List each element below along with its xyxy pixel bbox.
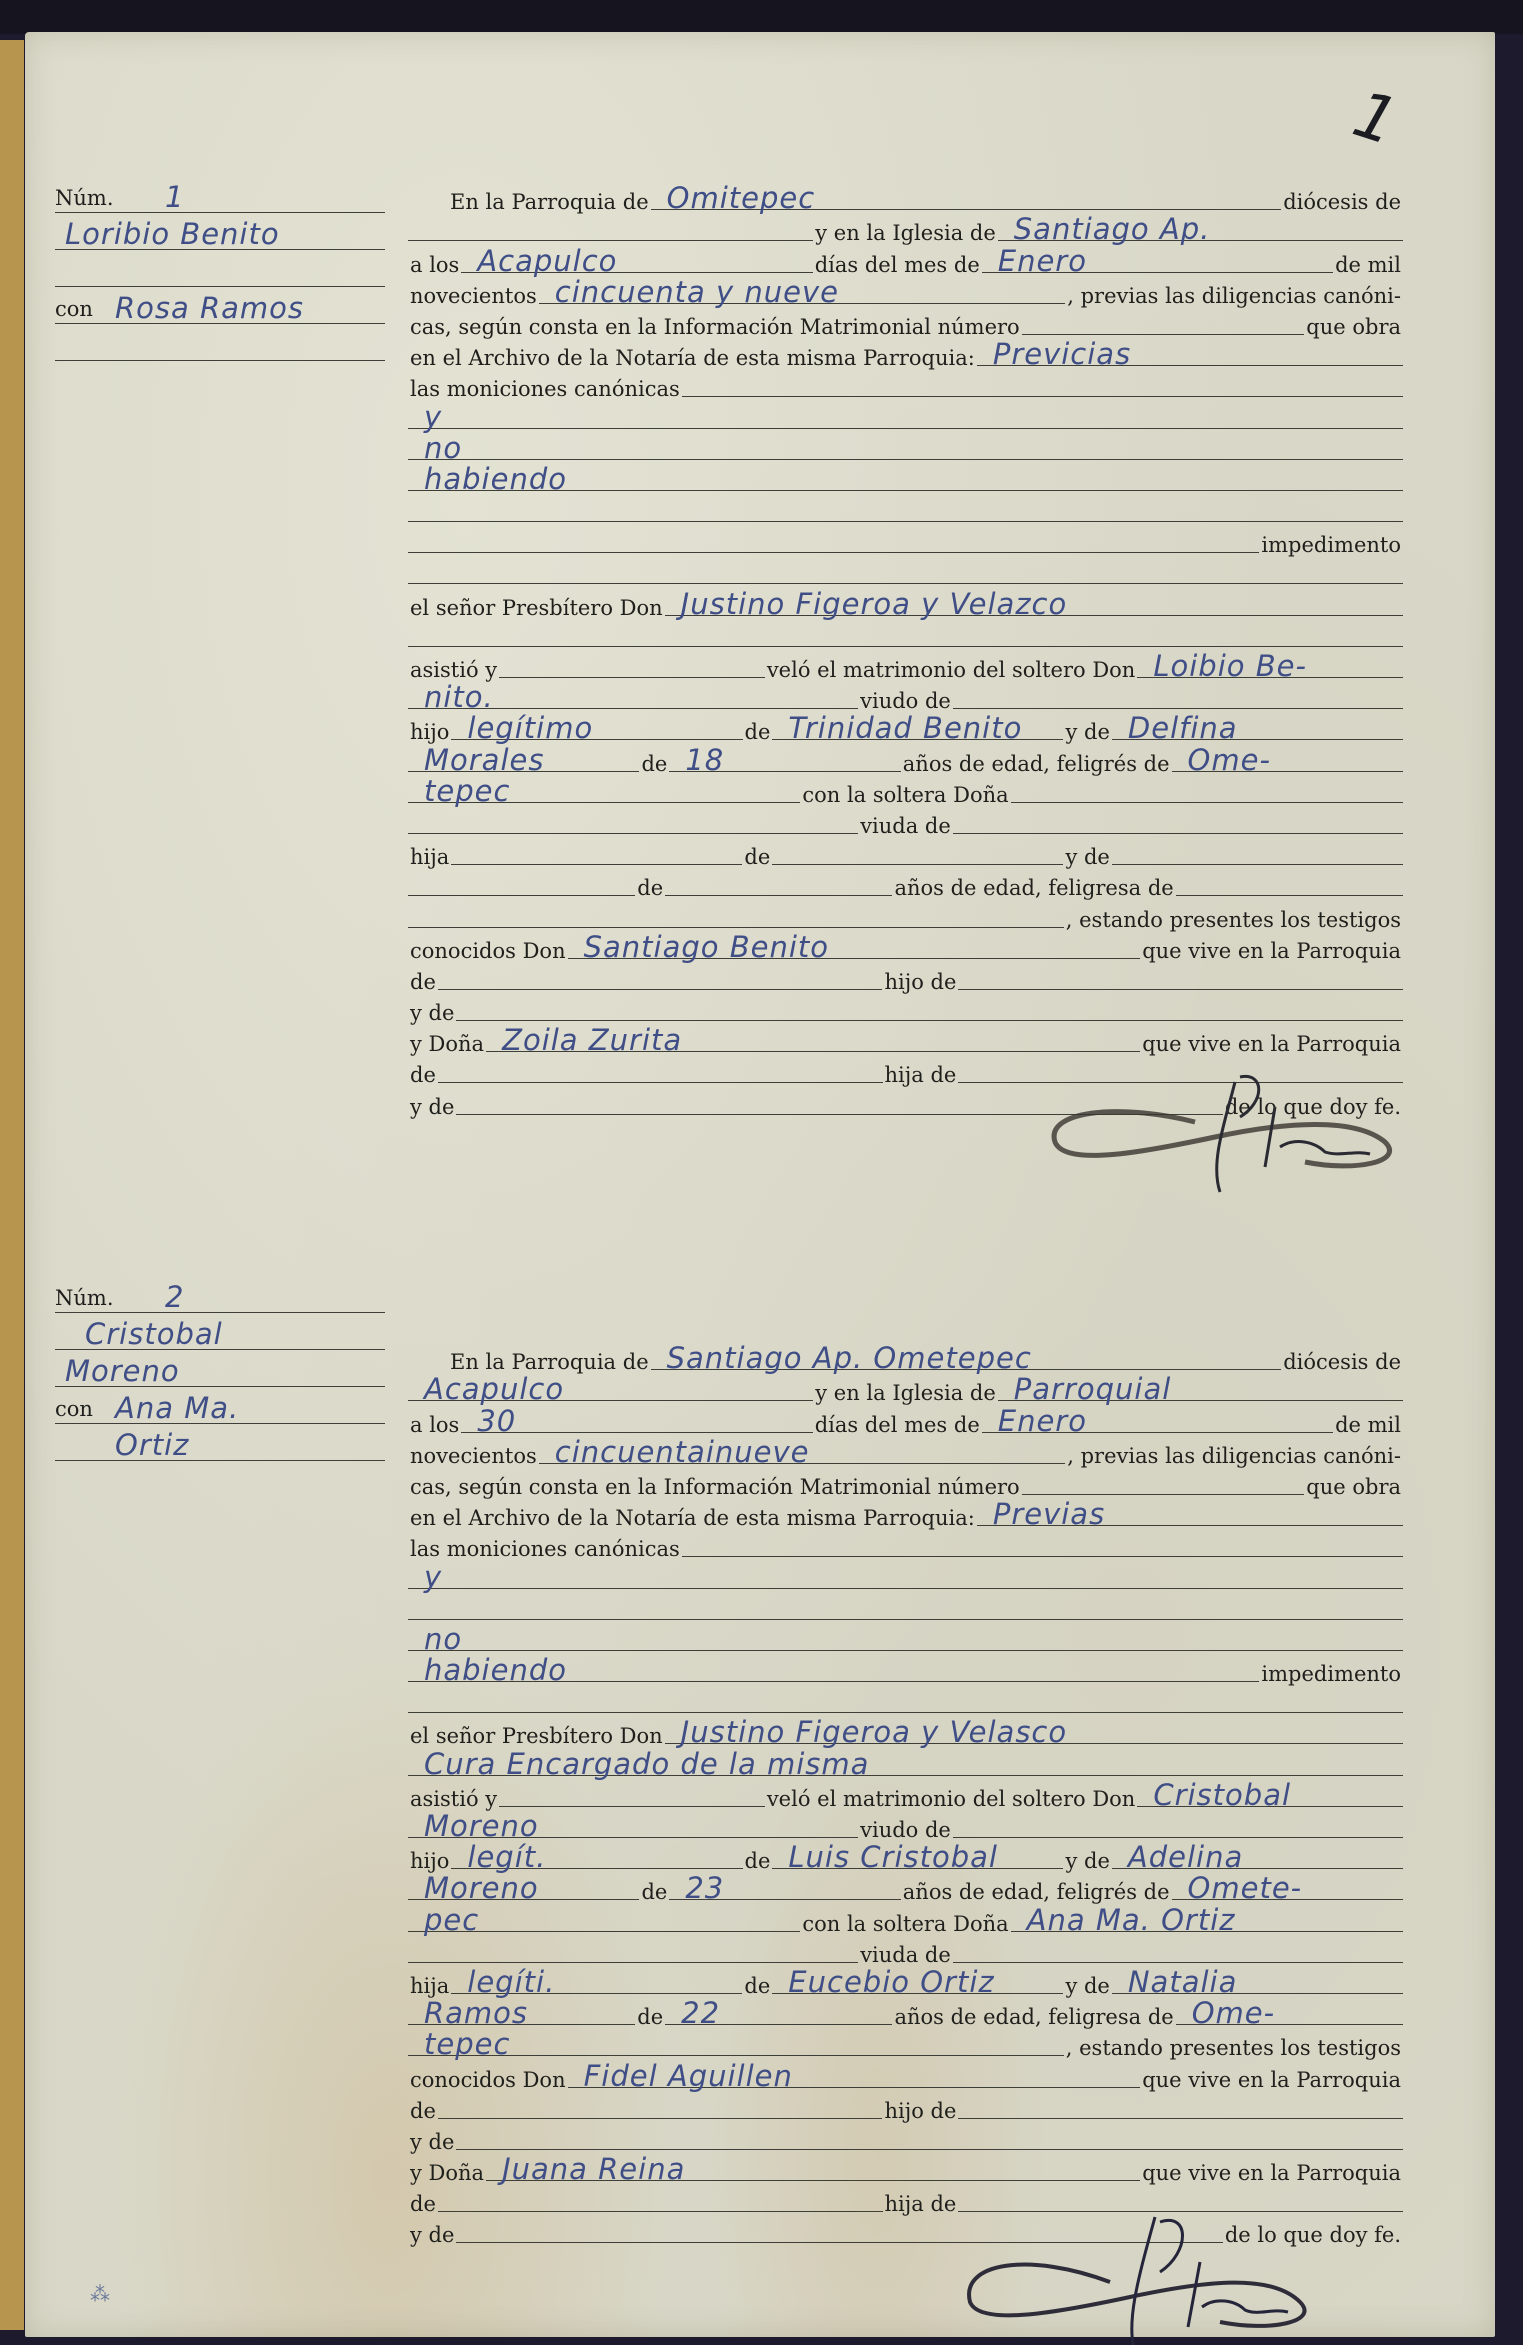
form-field: tepec	[408, 2033, 1064, 2056]
handwritten-entry: Natalia	[1128, 1965, 1238, 1999]
form-field	[408, 1597, 1403, 1620]
form-field	[408, 530, 1259, 553]
printed-label: , estando presentes los testigos	[1064, 909, 1403, 931]
handwritten-entry: Ome-	[1192, 1996, 1275, 2030]
form-field: Enero	[982, 250, 1333, 273]
printed-label: novecientos	[408, 1445, 539, 1467]
record-margin: Núm. 1 Loribio Benito con Rosa Ramos	[55, 182, 385, 367]
handwritten-entry: Justino Figeroa y Velazco	[681, 587, 1068, 621]
form-field	[438, 967, 883, 990]
handwritten-entry: 23	[685, 1871, 724, 1905]
form-field	[665, 873, 892, 896]
form-line: y DoñaZoila Zuritaque vive en la Parroqu…	[408, 1024, 1403, 1055]
handwritten-entry: Previcias	[993, 337, 1131, 371]
form-line: conocidos DonSantiago Benitoque vive en …	[408, 931, 1403, 962]
handwritten-entry: Santiago Ap.	[1014, 212, 1211, 246]
printed-label: de	[408, 971, 438, 993]
printed-label: En la Parroquia de	[448, 191, 651, 213]
form-line: Moralesde18años de edad, feligrés deOme-	[408, 743, 1403, 774]
form-line: hijadey de	[408, 837, 1403, 868]
form-line: cas, según consta en la Información Matr…	[408, 1467, 1403, 1498]
bride-name-cont: Ortiz	[115, 1428, 189, 1462]
handwritten-entry: Juana Reina	[502, 2152, 685, 2186]
printed-label: viudo de	[858, 690, 953, 712]
handwritten-entry: Zoila Zurita	[502, 1023, 682, 1057]
form-line: viuda de	[408, 806, 1403, 837]
form-line: las moniciones canónicas	[408, 369, 1403, 400]
form-line	[408, 1685, 1403, 1716]
printed-label: de mil	[1333, 254, 1403, 276]
form-field: Adelina	[1112, 1846, 1403, 1869]
printed-label: años de edad, feligrés de	[901, 1881, 1172, 1903]
form-field: Juana Reina	[486, 2158, 1140, 2181]
priest-signature	[940, 2212, 1360, 2345]
form-line: hijolegít.deLuis Cristobaly deAdelina	[408, 1841, 1403, 1872]
printed-label: de	[408, 2100, 438, 2122]
form-line: dehijo de	[408, 962, 1403, 993]
form-line: a los30días del mes deEnerode mil	[408, 1404, 1403, 1435]
con-label: con	[55, 1397, 93, 1421]
form-line: Acapulcoy en la Iglesia deParroquial	[408, 1373, 1403, 1404]
printed-label: de	[408, 2193, 438, 2215]
printed-label: viudo de	[858, 1819, 953, 1841]
form-field	[682, 1534, 1403, 1557]
form-field: Zoila Zurita	[486, 1029, 1140, 1052]
form-line: Morenode23años de edad, feligrés deOmete…	[408, 1872, 1403, 1903]
form-field: cincuenta y nueve	[539, 281, 1066, 304]
form-field: Moreno	[408, 1815, 858, 1838]
printed-label: en el Archivo de la Notaría de esta mism…	[408, 1507, 977, 1529]
handwritten-entry: Ramos	[424, 1996, 528, 2030]
form-line: y de	[408, 993, 1403, 1024]
margin-con-line: con Rosa Ramos	[55, 293, 385, 324]
form-line: nito.viudo de	[408, 681, 1403, 712]
form-line: deaños de edad, feligresa de	[408, 868, 1403, 899]
printed-label: hijo de	[882, 2100, 958, 2122]
printed-label: con la soltera Doña	[800, 784, 1010, 806]
printed-label: veló el matrimonio del soltero Don	[765, 659, 1138, 681]
printed-label: novecientos	[408, 285, 539, 307]
handwritten-entry: habiendo	[424, 462, 567, 496]
printed-label: cas, según consta en la Información Matr…	[408, 316, 1022, 338]
margin-extra-line: Ortiz	[55, 1430, 385, 1461]
form-field	[953, 1940, 1403, 1963]
form-field: y	[408, 1566, 1403, 1589]
bride-name: Rosa Ramos	[115, 291, 304, 325]
margin-num-line: Núm. 2	[55, 1282, 385, 1313]
form-line: hijalegíti.deEucebio Ortizy deNatalia	[408, 1966, 1403, 1997]
handwritten-entry: Santiago Ap. Ometepec	[667, 1341, 1032, 1375]
printed-label: de	[742, 1975, 772, 1997]
form-line: , estando presentes los testigos	[408, 899, 1403, 930]
form-field: Omete-	[1172, 1877, 1403, 1900]
handwritten-entry: Ome-	[1188, 743, 1271, 777]
printed-label: hija de	[883, 1064, 959, 1086]
page-number: 1	[1345, 78, 1407, 161]
handwritten-entry: Omete-	[1188, 1871, 1303, 1905]
printed-label: viuda de	[858, 815, 953, 837]
margin-con-line: con Ana Ma.	[55, 1393, 385, 1424]
form-field	[958, 2096, 1403, 2119]
handwritten-entry: Luis Cristobal	[788, 1840, 998, 1874]
form-field	[408, 218, 813, 241]
printed-label: y de	[1063, 1975, 1111, 1997]
form-field	[958, 2189, 1403, 2212]
handwritten-entry: no	[424, 431, 462, 465]
form-line: conocidos DonFidel Aguillenque vive en l…	[408, 2059, 1403, 2090]
printed-label: años de edad, feligrés de	[901, 753, 1172, 775]
printed-label: de	[639, 753, 669, 775]
handwritten-entry: nito.	[424, 680, 494, 714]
printed-label: las moniciones canónicas	[408, 1538, 682, 1560]
form-field: Ome-	[1172, 749, 1403, 772]
printed-label: el señor Presbítero Don	[408, 1725, 665, 1747]
printed-label: a los	[408, 1414, 461, 1436]
record-margin: Núm. 2 Cristobal Moreno con Ana Ma. Orti…	[55, 1282, 385, 1467]
printed-label: a los	[408, 254, 461, 276]
printed-label: y de	[408, 1096, 456, 1118]
printed-label: y en la Iglesia de	[813, 222, 998, 244]
form-field: Acapulco	[461, 250, 812, 273]
form-field	[408, 624, 1403, 647]
handwritten-entry: legítimo	[467, 711, 593, 745]
form-field: Ramos	[408, 2002, 635, 2025]
printed-label: de	[639, 1881, 669, 1903]
printed-label: viuda de	[858, 1944, 953, 1966]
form-field: Justino Figeroa y Velazco	[665, 593, 1403, 616]
pencil-mark: ⁂	[90, 2282, 110, 2306]
printed-label: cas, según consta en la Información Matr…	[408, 1476, 1022, 1498]
handwritten-entry: Adelina	[1128, 1840, 1243, 1874]
handwritten-entry: Loibio Be-	[1153, 649, 1307, 683]
scan-background-top	[0, 0, 1523, 34]
form-line: el señor Presbítero DonJustino Figeroa y…	[408, 1716, 1403, 1747]
form-field: Moreno	[408, 1877, 639, 1900]
form-line: el señor Presbítero DonJustino Figeroa y…	[408, 587, 1403, 618]
handwritten-entry: Moreno	[424, 1871, 539, 1905]
printed-label: de	[635, 2006, 665, 2028]
groom-name: Loribio Benito	[65, 217, 280, 251]
printed-label: diócesis de	[1281, 1351, 1403, 1373]
handwritten-entry: 30	[477, 1404, 516, 1438]
form-field: Parroquial	[998, 1378, 1403, 1401]
form-line	[408, 619, 1403, 650]
form-field: Previcias	[977, 343, 1403, 366]
form-field	[958, 967, 1403, 990]
form-field: Cristobal	[1137, 1784, 1403, 1807]
register-page: 1 Núm. 1 Loribio Benito con Rosa Ramos E…	[25, 32, 1495, 2337]
record-body: En la Parroquia deOmitepecdiócesis dey e…	[408, 182, 1403, 1118]
printed-label: de mil	[1333, 1414, 1403, 1436]
bride-name: Ana Ma.	[115, 1391, 239, 1425]
form-field: nito.	[408, 686, 858, 709]
printed-label: de	[408, 1064, 438, 1086]
form-field	[499, 1784, 765, 1807]
groom-name: Cristobal	[85, 1317, 223, 1351]
form-field: Natalia	[1112, 1971, 1403, 1994]
form-field: legíti.	[451, 1971, 742, 1994]
form-field: Eucebio Ortiz	[772, 1971, 1063, 1994]
handwritten-entry: Morales	[424, 743, 544, 777]
printed-label: hija	[408, 1975, 451, 1997]
priest-signature	[1025, 1062, 1445, 1202]
handwritten-entry: y	[424, 1560, 442, 1594]
printed-label: impedimento	[1259, 534, 1403, 556]
form-line	[408, 1592, 1403, 1623]
form-field: y	[408, 406, 1403, 429]
form-field	[408, 1690, 1403, 1713]
printed-label: y de	[1063, 1850, 1111, 1872]
form-line: habiendoimpedimento	[408, 1654, 1403, 1685]
handwritten-entry: Parroquial	[1014, 1372, 1172, 1406]
form-line	[408, 556, 1403, 587]
record-body: En la Parroquia deSantiago Ap. Ometepecd…	[408, 1342, 1403, 2246]
num-label: Núm.	[55, 186, 114, 210]
printed-label: años de edad, feligresa de	[892, 877, 1175, 899]
handwritten-entry: tepec	[424, 774, 510, 808]
printed-label: días del mes de	[813, 1414, 982, 1436]
margin-name-line: Cristobal	[55, 1319, 385, 1350]
printed-label: y de	[408, 2131, 456, 2153]
form-field: pec	[408, 1909, 800, 1932]
form-line: asistió yveló el matrimonio del soltero …	[408, 1779, 1403, 1810]
printed-label: que vive en la Parroquia	[1140, 2069, 1403, 2091]
printed-label: veló el matrimonio del soltero Don	[765, 1788, 1138, 1810]
form-line: en el Archivo de la Notaría de esta mism…	[408, 338, 1403, 369]
form-field: Santiago Benito	[568, 936, 1141, 959]
printed-label: hija	[408, 846, 451, 868]
form-line	[408, 494, 1403, 525]
handwritten-entry: Previas	[993, 1497, 1105, 1531]
printed-label: diócesis de	[1281, 191, 1403, 213]
handwritten-entry: Cura Encargado de la misma	[424, 1747, 869, 1781]
form-line: y de	[408, 2122, 1403, 2153]
form-line: En la Parroquia deSantiago Ap. Ometepecd…	[408, 1342, 1403, 1373]
form-field	[456, 2127, 1403, 2150]
form-field: legít.	[451, 1846, 742, 1869]
handwritten-entry: Acapulco	[424, 1372, 564, 1406]
handwritten-entry: Justino Figeroa y Velasco	[681, 1715, 1067, 1749]
handwritten-entry: Ana Ma. Ortiz	[1027, 1903, 1236, 1937]
book-cover-edge	[0, 40, 24, 2330]
form-field	[499, 655, 765, 678]
form-field	[456, 998, 1403, 1021]
printed-label: , previas las diligencias canóni-	[1065, 285, 1403, 307]
form-field: Justino Figeroa y Velasco	[665, 1721, 1403, 1744]
margin-extra-line	[55, 330, 385, 361]
printed-label: conocidos Don	[408, 2069, 568, 2091]
form-field: 30	[461, 1410, 812, 1433]
form-line: tepec, estando presentes los testigos	[408, 2028, 1403, 2059]
form-line: y	[408, 400, 1403, 431]
printed-label: conocidos Don	[408, 940, 568, 962]
form-field: Trinidad Benito	[772, 717, 1063, 740]
form-field	[408, 905, 1064, 928]
form-line: Ramosde22años de edad, feligresa deOme-	[408, 1997, 1403, 2028]
printed-label: de	[742, 846, 772, 868]
handwritten-entry: 18	[685, 743, 724, 777]
form-field	[953, 811, 1403, 834]
handwritten-entry: y	[424, 400, 442, 434]
printed-label: de	[743, 1850, 773, 1872]
form-line: tepeccon la soltera Doña	[408, 775, 1403, 806]
printed-label: impedimento	[1259, 1663, 1403, 1685]
handwritten-entry: Eucebio Ortiz	[788, 1965, 994, 1999]
form-field: legítimo	[451, 717, 742, 740]
printed-label: el señor Presbítero Don	[408, 597, 665, 619]
margin-num-line: Núm. 1	[55, 182, 385, 213]
printed-label: y de	[408, 1002, 456, 1024]
form-field	[408, 811, 858, 834]
handwritten-entry: cincuenta y nueve	[555, 275, 839, 309]
form-line: en el Archivo de la Notaría de esta mism…	[408, 1498, 1403, 1529]
printed-label: En la Parroquia de	[448, 1351, 651, 1373]
form-line: no	[408, 432, 1403, 463]
handwritten-entry: cincuentainueve	[555, 1435, 810, 1469]
form-field	[1022, 1472, 1305, 1495]
form-line: asistió yveló el matrimonio del soltero …	[408, 650, 1403, 681]
printed-label: asistió y	[408, 659, 499, 681]
form-line: dehijo de	[408, 2091, 1403, 2122]
form-field: Loibio Be-	[1137, 655, 1403, 678]
form-field: no	[408, 1628, 1403, 1651]
handwritten-entry: no	[424, 1622, 462, 1656]
form-line: peccon la soltera DoñaAna Ma. Ortiz	[408, 1903, 1403, 1934]
form-field	[408, 561, 1403, 584]
printed-label: en el Archivo de la Notaría de esta mism…	[408, 347, 977, 369]
printed-label: años de edad, feligresa de	[892, 2006, 1175, 2028]
printed-label: hijo de	[882, 971, 958, 993]
form-field	[408, 499, 1403, 522]
form-field	[682, 374, 1403, 397]
printed-label: hijo	[408, 721, 451, 743]
printed-label: y de	[1063, 721, 1111, 743]
form-line: y DoñaJuana Reinaque vive en la Parroqui…	[408, 2153, 1403, 2184]
form-line: Morenoviudo de	[408, 1810, 1403, 1841]
form-line: las moniciones canónicas	[408, 1529, 1403, 1560]
printed-label: las moniciones canónicas	[408, 378, 682, 400]
form-field	[953, 686, 1403, 709]
form-line: novecientoscincuenta y nueve, previas la…	[408, 276, 1403, 307]
form-field	[408, 1940, 858, 1963]
signature-icon	[1025, 1062, 1445, 1202]
margin-name-line: Moreno	[55, 1356, 385, 1387]
form-field	[438, 2096, 883, 2119]
form-line: y	[408, 1560, 1403, 1591]
handwritten-entry: Fidel Aguillen	[584, 2059, 793, 2093]
handwritten-entry: Enero	[998, 244, 1087, 278]
printed-label: con la soltera Doña	[800, 1913, 1010, 1935]
form-field: no	[408, 437, 1403, 460]
margin-name-line: Loribio Benito	[55, 219, 385, 250]
form-field: Ome-	[1176, 2002, 1403, 2025]
handwritten-entry: tepec	[424, 2027, 510, 2061]
form-field: Previas	[977, 1503, 1403, 1526]
printed-label: y en la Iglesia de	[813, 1382, 998, 1404]
form-field: Morales	[408, 749, 639, 772]
form-line: viuda de	[408, 1935, 1403, 1966]
signature-icon	[940, 2212, 1360, 2345]
form-field: Santiago Ap. Ometepec	[651, 1347, 1282, 1370]
form-line: En la Parroquia deOmitepecdiócesis de	[408, 182, 1403, 213]
record-number: 2	[165, 1280, 184, 1314]
form-line: a losAcapulcodías del mes deEnerode mil	[408, 244, 1403, 275]
printed-label: que vive en la Parroquia	[1140, 1033, 1403, 1055]
form-field: Ana Ma. Ortiz	[1011, 1909, 1403, 1932]
handwritten-entry: legít.	[467, 1840, 546, 1874]
handwritten-entry: Trinidad Benito	[788, 711, 1022, 745]
handwritten-entry: Moreno	[424, 1809, 539, 1843]
printed-label: hijo	[408, 1850, 451, 1872]
form-field	[451, 842, 742, 865]
form-line: habiendo	[408, 463, 1403, 494]
form-field	[1022, 312, 1305, 335]
handwritten-entry: Cristobal	[1153, 1778, 1291, 1812]
form-field: Acapulco	[408, 1378, 813, 1401]
form-field: cincuentainueve	[539, 1441, 1066, 1464]
printed-label: y de	[408, 2224, 456, 2246]
form-line: no	[408, 1623, 1403, 1654]
record-number: 1	[165, 180, 184, 214]
margin-name-line	[55, 256, 385, 287]
form-line: impedimento	[408, 525, 1403, 556]
handwritten-entry: legíti.	[467, 1965, 555, 1999]
printed-label: y de	[1063, 846, 1111, 868]
form-field	[438, 2189, 883, 2212]
form-field: 18	[669, 749, 900, 772]
form-line: Cura Encargado de la misma	[408, 1747, 1403, 1778]
printed-label: días del mes de	[813, 254, 982, 276]
form-field: tepec	[408, 780, 800, 803]
handwritten-entry: Delfina	[1128, 711, 1238, 745]
form-field: Luis Cristobal	[772, 1846, 1063, 1869]
handwritten-entry: Omitepec	[667, 181, 816, 215]
form-field: 22	[665, 2002, 892, 2025]
handwritten-entry: habiendo	[424, 1653, 567, 1687]
printed-label: que obra	[1304, 1476, 1403, 1498]
form-field: Delfina	[1112, 717, 1403, 740]
printed-label: y Doña	[408, 1033, 486, 1055]
printed-label: de	[635, 877, 665, 899]
form-field	[1011, 780, 1403, 803]
form-field: Fidel Aguillen	[568, 2065, 1141, 2088]
num-label: Núm.	[55, 1286, 114, 1310]
form-field	[408, 873, 635, 896]
printed-label: , previas las diligencias canóni-	[1065, 1445, 1403, 1467]
printed-label: que vive en la Parroquia	[1140, 2162, 1403, 2184]
printed-label: que vive en la Parroquia	[1140, 940, 1403, 962]
form-field: habiendo	[408, 468, 1403, 491]
form-field: habiendo	[408, 1659, 1259, 1682]
form-line: y en la Iglesia deSantiago Ap.	[408, 213, 1403, 244]
form-field: Omitepec	[651, 187, 1282, 210]
printed-label: de	[743, 721, 773, 743]
groom-name-cont: Moreno	[65, 1354, 180, 1388]
printed-label: , estando presentes los testigos	[1064, 2037, 1403, 2059]
form-line: hijolegítimodeTrinidad Benitoy deDelfina	[408, 712, 1403, 743]
handwritten-entry: Enero	[998, 1404, 1087, 1438]
form-field	[772, 842, 1063, 865]
handwritten-entry: Santiago Benito	[584, 930, 829, 964]
form-line: dehija de	[408, 2184, 1403, 2215]
handwritten-entry: 22	[681, 1996, 720, 2030]
printed-label: asistió y	[408, 1788, 499, 1810]
form-field	[953, 1815, 1403, 1838]
form-field: 23	[669, 1877, 900, 1900]
form-field: Santiago Ap.	[998, 218, 1403, 241]
handwritten-entry: Acapulco	[477, 244, 617, 278]
printed-label: y Doña	[408, 2162, 486, 2184]
